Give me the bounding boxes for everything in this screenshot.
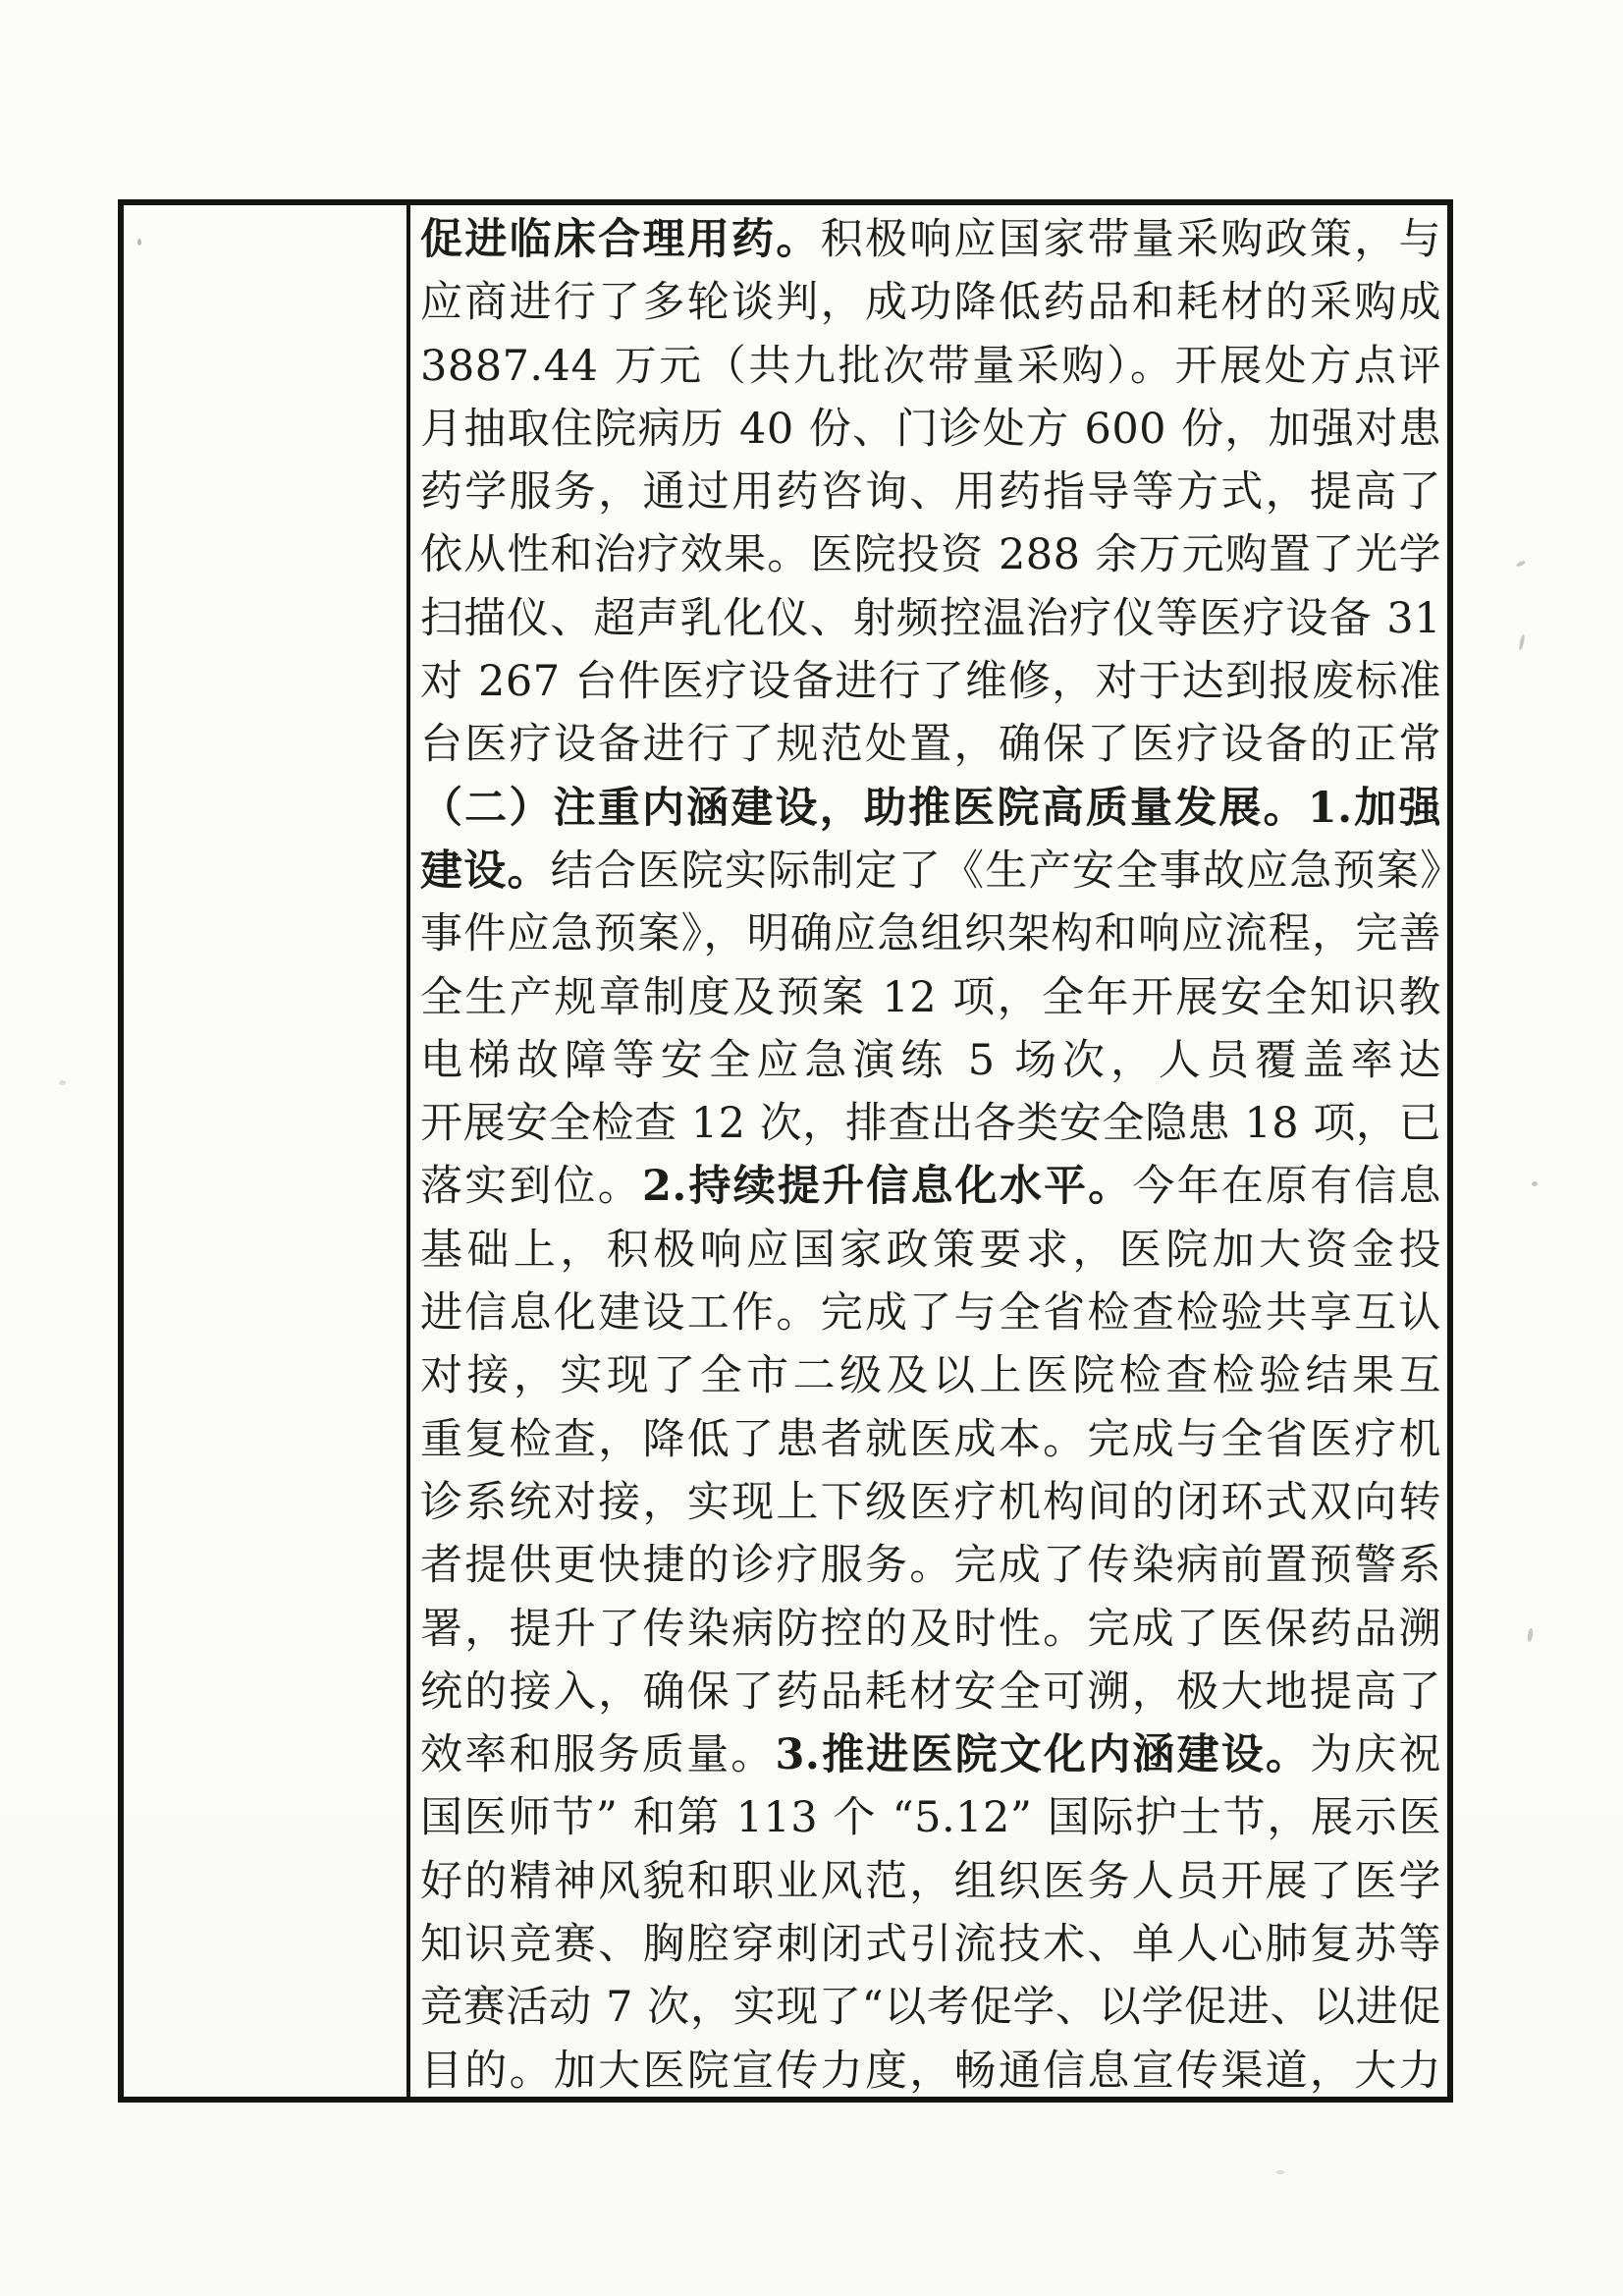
scan-smudge bbox=[1518, 634, 1525, 650]
bold-text-segment: 促进临床合理用药。 bbox=[420, 215, 821, 264]
text-line: 扫描仪、超声乳化仪、射频控温治疗仪等医疗设备 31 台件， bbox=[420, 587, 1441, 650]
bold-text-segment: 2.持续提升信息化水平。 bbox=[642, 1162, 1132, 1211]
text-segment: 月抽取住院病历 40 份、门诊处方 600 份，加强对患者的临床 bbox=[420, 405, 1441, 461]
bold-text-segment: （二）注重内涵建设，助推医院高质量发展。1.加强平安医院 bbox=[420, 784, 1441, 840]
table-content-cell: 促进临床合理用药。积极响应国家带量采购政策，与 16 家供应商进行了多轮谈判，成… bbox=[410, 205, 1447, 2097]
text-segment: 国医师节” 和第 113 个 “5.12” 国际护士节，展示医务人员良 bbox=[420, 1793, 1441, 1849]
bold-text-segment: 建设。 bbox=[420, 847, 551, 896]
text-line: 药学服务，通过用药咨询、用药指导等方式，提高了患者用药 bbox=[420, 461, 1441, 523]
scan-smudge bbox=[59, 1080, 66, 1085]
text-line: 者提供更快捷的诊疗服务。完成了传染病前置预警系统的部 bbox=[420, 1534, 1441, 1597]
text-line: 对 267 台件医疗设备进行了维修，对于达到报废标准的 660 bbox=[420, 650, 1441, 713]
text-line: 署，提升了传染病防控的及时性。完成了医保药品溯源追溯系 bbox=[420, 1598, 1441, 1661]
text-line: 依从性和治疗效果。医院投资 288 余万元购置了光学相干断层 bbox=[420, 523, 1441, 586]
text-line: 知识竞赛、胸腔穿刺闭式引流技术、单人心肺复苏等系列技能 bbox=[420, 1913, 1441, 1976]
scanned-document-page: 促进临床合理用药。积极响应国家带量采购政策，与 16 家供应商进行了多轮谈判，成… bbox=[0, 0, 1623, 2296]
text-segment: 落实到位。 bbox=[420, 1162, 642, 1211]
text-line: 3887.44 万元（共九批次带量采购）。开展处方点评工作，每 bbox=[420, 335, 1441, 398]
text-line: 目的。加大医院宣传力度，畅通信息宣传渠道，大力宣传医院 bbox=[420, 2040, 1441, 2097]
scan-smudge bbox=[1276, 2170, 1284, 2174]
text-segment: 诊系统对接，实现上下级医疗机构间的闭环式双向转诊，为患 bbox=[420, 1478, 1441, 1534]
text-segment: 应商进行了多轮谈判，成功降低药品和耗材的采购成本 bbox=[420, 278, 1441, 334]
text-segment: 统的接入，确保了药品耗材安全可溯，极大地提高了医疗服务 bbox=[420, 1667, 1441, 1723]
text-segment: 扫描仪、超声乳化仪、射频控温治疗仪等医疗设备 31 台件， bbox=[420, 594, 1441, 650]
scan-smudge bbox=[137, 239, 141, 246]
report-text-block: 促进临床合理用药。积极响应国家带量采购政策，与 16 家供应商进行了多轮谈判，成… bbox=[420, 208, 1441, 2097]
text-line: 重复检查，降低了患者就医成本。完成与全省医疗机构双向转 bbox=[420, 1408, 1441, 1471]
scan-smudge bbox=[1527, 1628, 1534, 1643]
text-line: 全生产规章制度及预案 12 项，全年开展安全知识教育培训和 bbox=[420, 966, 1441, 1029]
text-segment: 好的精神风貌和职业风范，组织医务人员开展了医学三基理论 bbox=[420, 1857, 1441, 1913]
text-segment: 竞赛活动 7 次，实现了“以考促学、以学促进、以进促行”的 bbox=[420, 1983, 1441, 2039]
text-segment: 开展安全检查 12 次，排查出各类安全隐患 18 项，已全部整改 bbox=[420, 1099, 1441, 1155]
text-line: 效率和服务质量。3.推进医院文化内涵建设。为庆祝第七届“中 bbox=[420, 1723, 1441, 1786]
text-segment: 效率和服务质量。 bbox=[420, 1730, 776, 1779]
text-line: 应商进行了多轮谈判，成功降低药品和耗材的采购成本 bbox=[420, 271, 1441, 334]
text-line: 建设。结合医院实际制定了《生产安全事故应急预案》《突发 bbox=[420, 840, 1441, 902]
text-segment: 依从性和治疗效果。医院投资 288 余万元购置了光学相干断层 bbox=[420, 530, 1441, 586]
text-line: 对接，实现了全市二级及以上医院检查检验结果互认，减少了 bbox=[420, 1344, 1441, 1407]
text-segment: 者提供更快捷的诊疗服务。完成了传染病前置预警系统的部 bbox=[420, 1541, 1441, 1597]
text-segment: 事件应急预案》，明确应急组织架构和响应流程，完善各类安 bbox=[420, 909, 1441, 965]
table-left-cell bbox=[124, 205, 410, 2097]
text-line: 竞赛活动 7 次，实现了“以考促学、以学促进、以进促行”的 bbox=[420, 1976, 1441, 2039]
text-line: 基础上，积极响应国家政策要求，医院加大资金投入，持续推 bbox=[420, 1219, 1441, 1282]
text-line: （二）注重内涵建设，助推医院高质量发展。1.加强平安医院 bbox=[420, 777, 1441, 840]
text-line: 电梯故障等安全应急演练 5 场次，人员覆盖率达 100%。全年 bbox=[420, 1029, 1441, 1092]
text-segment: 知识竞赛、胸腔穿刺闭式引流技术、单人心肺复苏等系列技能 bbox=[420, 1920, 1441, 1976]
text-line: 月抽取住院病历 40 份、门诊处方 600 份，加强对患者的临床 bbox=[420, 398, 1441, 461]
text-segment: 药学服务，通过用药咨询、用药指导等方式，提高了患者用药 bbox=[420, 467, 1441, 523]
text-segment: 对接，实现了全市二级及以上医院检查检验结果互认，减少了 bbox=[420, 1351, 1441, 1407]
text-line: 诊系统对接，实现上下级医疗机构间的闭环式双向转诊，为患 bbox=[420, 1471, 1441, 1534]
text-line: 进信息化建设工作。完成了与全省检查检验共享互认平台进行 bbox=[420, 1282, 1441, 1344]
text-segment: 重复检查，降低了患者就医成本。完成与全省医疗机构双向转 bbox=[420, 1415, 1441, 1471]
text-segment: 进信息化建设工作。完成了与全省检查检验共享互认平台进行 bbox=[420, 1288, 1441, 1344]
text-segment: 台医疗设备进行了规范处置，确保了医疗设备的正常运行。 bbox=[420, 720, 1441, 776]
text-segment: 对 267 台件医疗设备进行了维修，对于达到报废标准的 660 bbox=[420, 657, 1441, 713]
scan-smudge bbox=[1516, 560, 1527, 568]
text-line: 落实到位。2.持续提升信息化水平。今年在原有信息化建设的 bbox=[420, 1155, 1441, 1218]
text-line: 国医师节” 和第 113 个 “5.12” 国际护士节，展示医务人员良 bbox=[420, 1786, 1441, 1849]
text-line: 台医疗设备进行了规范处置，确保了医疗设备的正常运行。 bbox=[420, 713, 1441, 776]
text-line: 促进临床合理用药。积极响应国家带量采购政策，与 16 家供 bbox=[420, 208, 1441, 271]
text-line: 事件应急预案》，明确应急组织架构和响应流程，完善各类安 bbox=[420, 902, 1441, 965]
text-line: 好的精神风貌和职业风范，组织医务人员开展了医学三基理论 bbox=[420, 1850, 1441, 1913]
text-line: 开展安全检查 12 次，排查出各类安全隐患 18 项，已全部整改 bbox=[420, 1092, 1441, 1155]
text-line: 统的接入，确保了药品耗材安全可溯，极大地提高了医疗服务 bbox=[420, 1661, 1441, 1723]
text-segment: 结合医院实际制定了《生产安全事故应急预案》《突发 bbox=[420, 847, 1441, 902]
text-segment: 电梯故障等安全应急演练 5 场次，人员覆盖率达 100%。全年 bbox=[420, 1036, 1441, 1092]
text-segment: 署，提升了传染病防控的及时性。完成了医保药品溯源追溯系 bbox=[420, 1605, 1441, 1661]
bold-text-segment: 3.推进医院文化内涵建设。 bbox=[776, 1730, 1311, 1779]
text-segment: 基础上，积极响应国家政策要求，医院加大资金投入，持续推 bbox=[420, 1226, 1441, 1282]
text-segment: 目的。加大医院宣传力度，畅通信息宣传渠道，大力宣传医院 bbox=[420, 2047, 1441, 2097]
scan-smudge bbox=[1532, 1181, 1538, 1186]
report-table: 促进临床合理用药。积极响应国家带量采购政策，与 16 家供应商进行了多轮谈判，成… bbox=[118, 199, 1453, 2103]
text-segment: 3887.44 万元（共九批次带量采购）。开展处方点评工作，每 bbox=[420, 342, 1441, 398]
text-segment: 全生产规章制度及预案 12 项，全年开展安全知识教育培训和 bbox=[420, 973, 1441, 1029]
